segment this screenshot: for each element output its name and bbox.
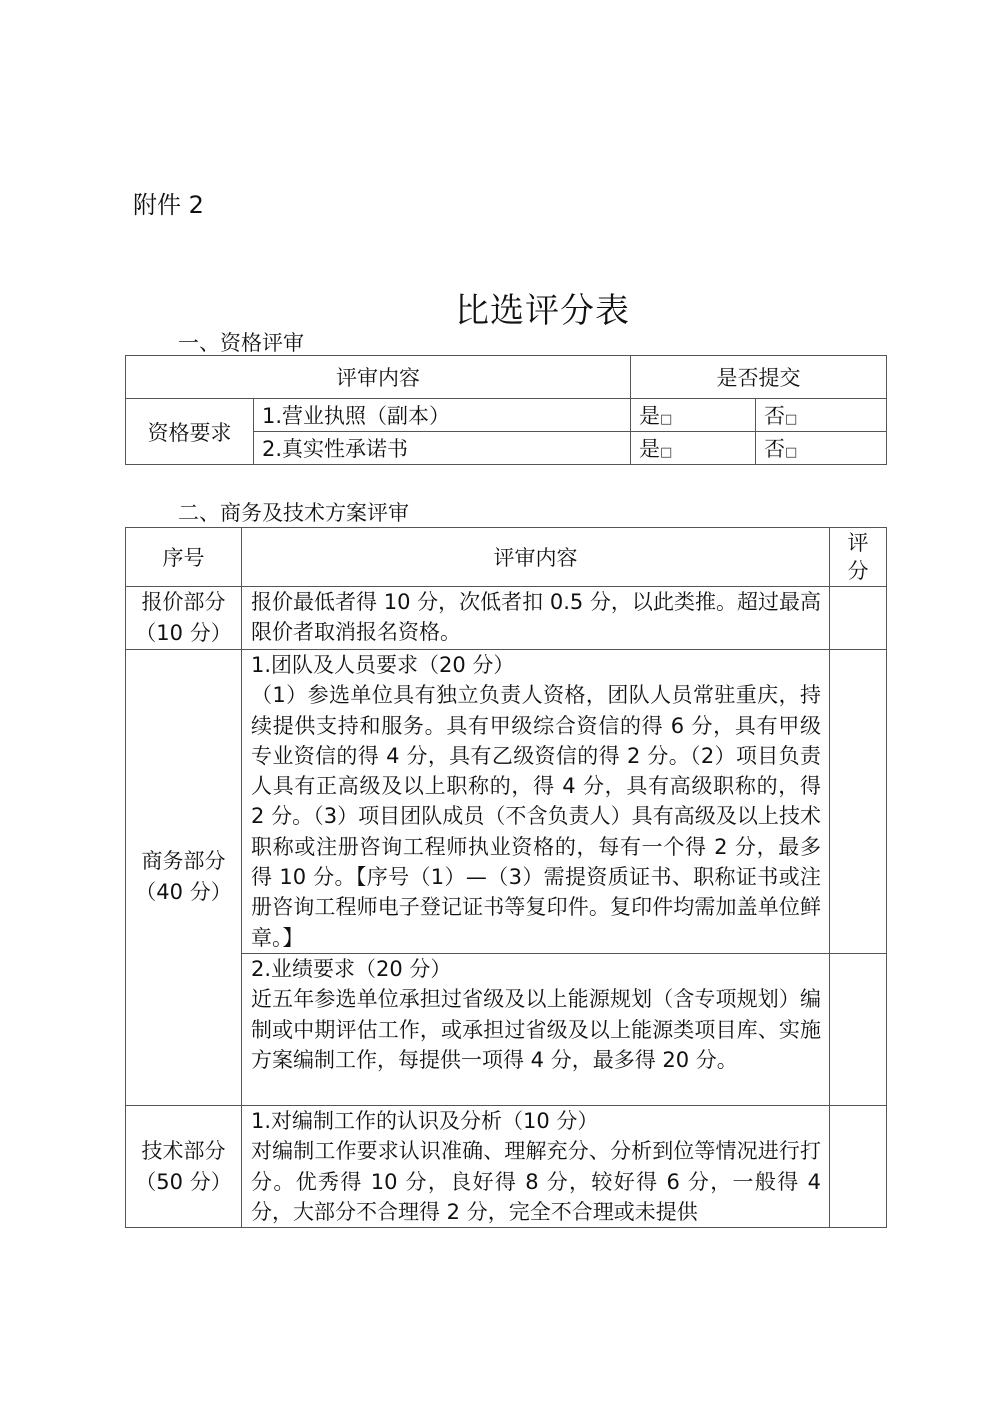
table-row-technical: 技术部分（50 分） 1.对编制工作的认识及分析（10 分）对编制工作要求认识准… bbox=[126, 1105, 887, 1227]
page-title: 比选评分表 bbox=[0, 283, 1000, 332]
section-heading-business-technical: 二、商务及技术方案评审 bbox=[178, 497, 409, 527]
section-heading-qualification: 一、资格评审 bbox=[178, 327, 304, 357]
no-checkbox[interactable]: 否□ bbox=[756, 432, 887, 465]
checkbox-icon[interactable]: □ bbox=[660, 445, 672, 460]
content-performance-requirements: 2.业绩要求（20 分）近五年参选单位承担过省级及以上能源规划（含专项规划）编制… bbox=[242, 953, 830, 1105]
category-business: 商务部分（40 分） bbox=[126, 650, 242, 1106]
table-row-business-team: 商务部分（40 分） 1.团队及人员要求（20 分）（1）参选单位具有独立负责人… bbox=[126, 650, 887, 954]
score-cell[interactable] bbox=[830, 1105, 887, 1227]
category-qualification: 资格要求 bbox=[126, 399, 254, 465]
no-checkbox[interactable]: 否□ bbox=[756, 399, 887, 432]
content-price: 报价最低者得 10 分，次低者扣 0.5 分，以此类推。超过最高限价者取消报名资… bbox=[242, 587, 830, 650]
item-business-license: 1.营业执照（副本） bbox=[254, 399, 631, 432]
header-content: 评审内容 bbox=[126, 356, 631, 399]
header-score: 评分 bbox=[830, 528, 887, 587]
scoring-table: 序号 评审内容 评分 报价部分（10 分） 报价最低者得 10 分，次低者扣 0… bbox=[125, 527, 887, 1228]
category-price: 报价部分（10 分） bbox=[126, 587, 242, 650]
attachment-label: 附件 2 bbox=[133, 185, 204, 220]
yes-checkbox[interactable]: 是□ bbox=[631, 399, 756, 432]
table-header-row: 序号 评审内容 评分 bbox=[126, 528, 887, 587]
item-authenticity-commitment: 2.真实性承诺书 bbox=[254, 432, 631, 465]
table-row: 资格要求 1.营业执照（副本） 是□ 否□ bbox=[126, 399, 887, 432]
table-header-row: 评审内容 是否提交 bbox=[126, 356, 887, 399]
header-submitted: 是否提交 bbox=[631, 356, 887, 399]
no-label: 否 bbox=[764, 437, 785, 461]
no-label: 否 bbox=[764, 404, 785, 428]
checkbox-icon[interactable]: □ bbox=[785, 412, 797, 427]
yes-checkbox[interactable]: 是□ bbox=[631, 432, 756, 465]
table-row-price: 报价部分（10 分） 报价最低者得 10 分，次低者扣 0.5 分，以此类推。超… bbox=[126, 587, 887, 650]
score-cell[interactable] bbox=[830, 650, 887, 954]
content-team-requirements: 1.团队及人员要求（20 分）（1）参选单位具有独立负责人资格，团队人员常驻重庆… bbox=[242, 650, 830, 954]
checkbox-icon[interactable]: □ bbox=[660, 412, 672, 427]
content-understanding-analysis: 1.对编制工作的认识及分析（10 分）对编制工作要求认识准确、理解充分、分析到位… bbox=[242, 1105, 830, 1227]
yes-label: 是 bbox=[639, 437, 660, 461]
score-cell[interactable] bbox=[830, 587, 887, 650]
yes-label: 是 bbox=[639, 404, 660, 428]
header-content: 评审内容 bbox=[242, 528, 830, 587]
score-cell[interactable] bbox=[830, 953, 887, 1105]
category-technical: 技术部分（50 分） bbox=[126, 1105, 242, 1227]
header-index: 序号 bbox=[126, 528, 242, 587]
qualification-table: 评审内容 是否提交 资格要求 1.营业执照（副本） 是□ 否□ 2.真实性承诺书… bbox=[125, 355, 887, 465]
checkbox-icon[interactable]: □ bbox=[785, 445, 797, 460]
